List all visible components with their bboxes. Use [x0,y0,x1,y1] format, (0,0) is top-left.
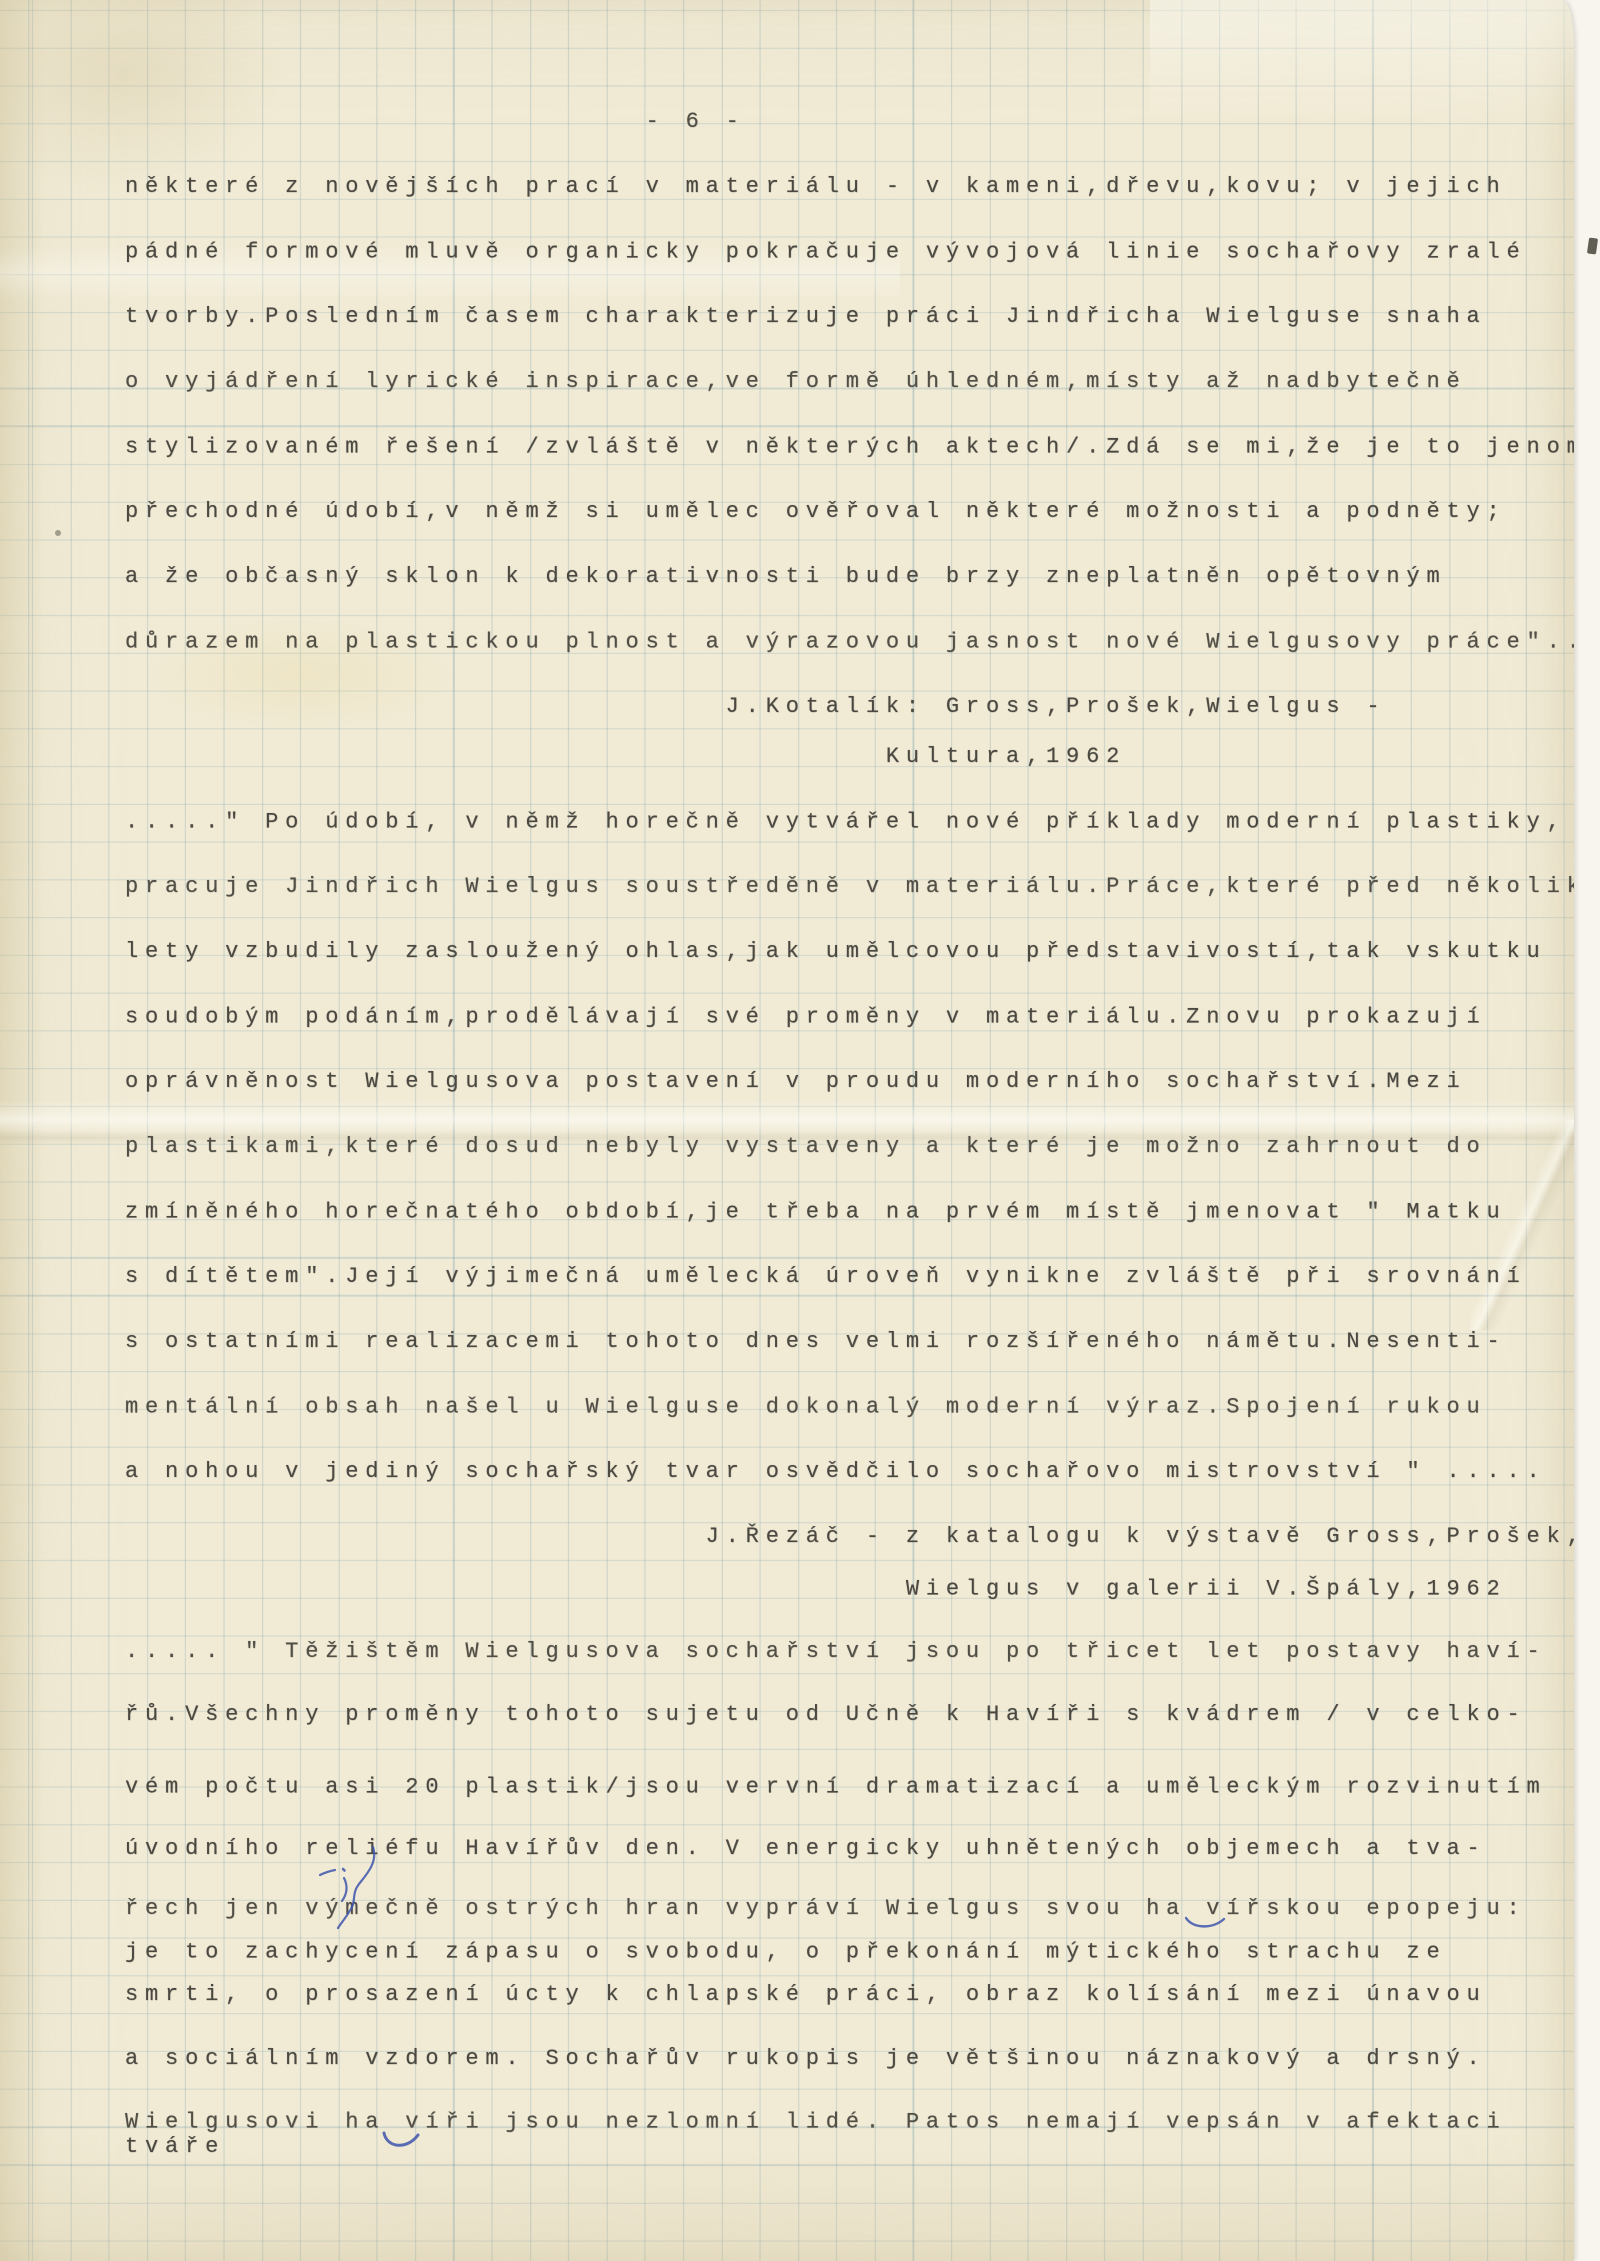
text-line: a nohou v jediný sochařský tvar osvědčil… [125,1450,1574,1493]
page-number: - 6 - [125,100,1574,143]
text-line: o vyjádření lyrické inspirace,ve formě ú… [125,360,1574,403]
typewritten-text: - 6 -některé z novějších prací v materiá… [0,0,1574,2168]
text-line: ..... " Těžištěm Wielgusova sochařství j… [125,1630,1574,1673]
text-line: pádné formové mluvě organicky pokračuje … [125,231,1574,274]
text-line: zmíněného horečnatého období,je třeba na… [125,1191,1574,1234]
text-line: J.Kotalík: Gross,Prošek,Wielgus - [125,685,1574,728]
text-line: pracuje Jindřich Wielgus soustředěně v m… [125,865,1574,908]
text-line: některé z novějších prací v materiálu - … [125,165,1574,208]
text-line: tvorby.Posledním časem charakterizuje pr… [125,295,1574,338]
text-line: mentální obsah našel u Wielguse dokonalý… [125,1386,1574,1429]
text-line: J.Řezáč - z katalogu k výstavě Gross,Pro… [125,1515,1574,1558]
text-line: plastikami,které dosud nebyly vystaveny … [125,1125,1574,1168]
text-line: a že občasný sklon k dekorativnosti bude… [125,555,1574,598]
text-line: Kultura,1962 [125,735,1574,778]
text-line: soudobým podáním,prodělávají své proměny… [125,996,1574,1039]
text-line: s dítětem".Její výjimečná umělecká úrove… [125,1255,1574,1298]
text-line: s ostatními realizacemi tohoto dnes velm… [125,1320,1574,1363]
text-line: ....." Po údobí, v němž horečně vytvářel… [125,801,1574,844]
paper-edge-mark [1587,237,1598,254]
text-line: oprávněnost Wielgusova postavení v proud… [125,1060,1574,1103]
text-line: úvodního reliéfu Havířův den. V energick… [125,1827,1574,1870]
scanned-page-background: - 6 -některé z novějších prací v materiá… [0,0,1600,2261]
text-line: a sociálním vzdorem. Sochařův rukopis je… [125,2037,1574,2080]
text-line: řů.Všechny proměny tohoto sujetu od Učně… [125,1693,1574,1736]
text-line: Wielgus v galerii V.Špály,1962 [125,1568,1574,1611]
text-line: smrti, o prosazení úcty k chlapské práci… [125,1973,1574,2016]
text-line: stylizovaném řešení /zvláště v některých… [125,426,1574,469]
text-line: Wielgusovi ha víři jsou nezlomní lidé. P… [125,2101,1574,2144]
text-line: je to zachycení zápasu o svobodu, o přek… [125,1931,1574,1974]
text-line: řech jen výmečně ostrých hran vypráví Wi… [125,1887,1574,1930]
graph-paper-page: - 6 -některé z novějších prací v materiá… [0,0,1574,2261]
text-line: vém počtu asi 20 plastik/jsou vervní dra… [125,1766,1574,1809]
text-line: lety vzbudily zasloužený ohlas,jak umělc… [125,930,1574,973]
ink-speck [55,530,61,536]
text-line: důrazem na plastickou plnost a výrazovou… [125,621,1574,664]
text-line: přechodné údobí,v němž si umělec ověřova… [125,490,1574,533]
